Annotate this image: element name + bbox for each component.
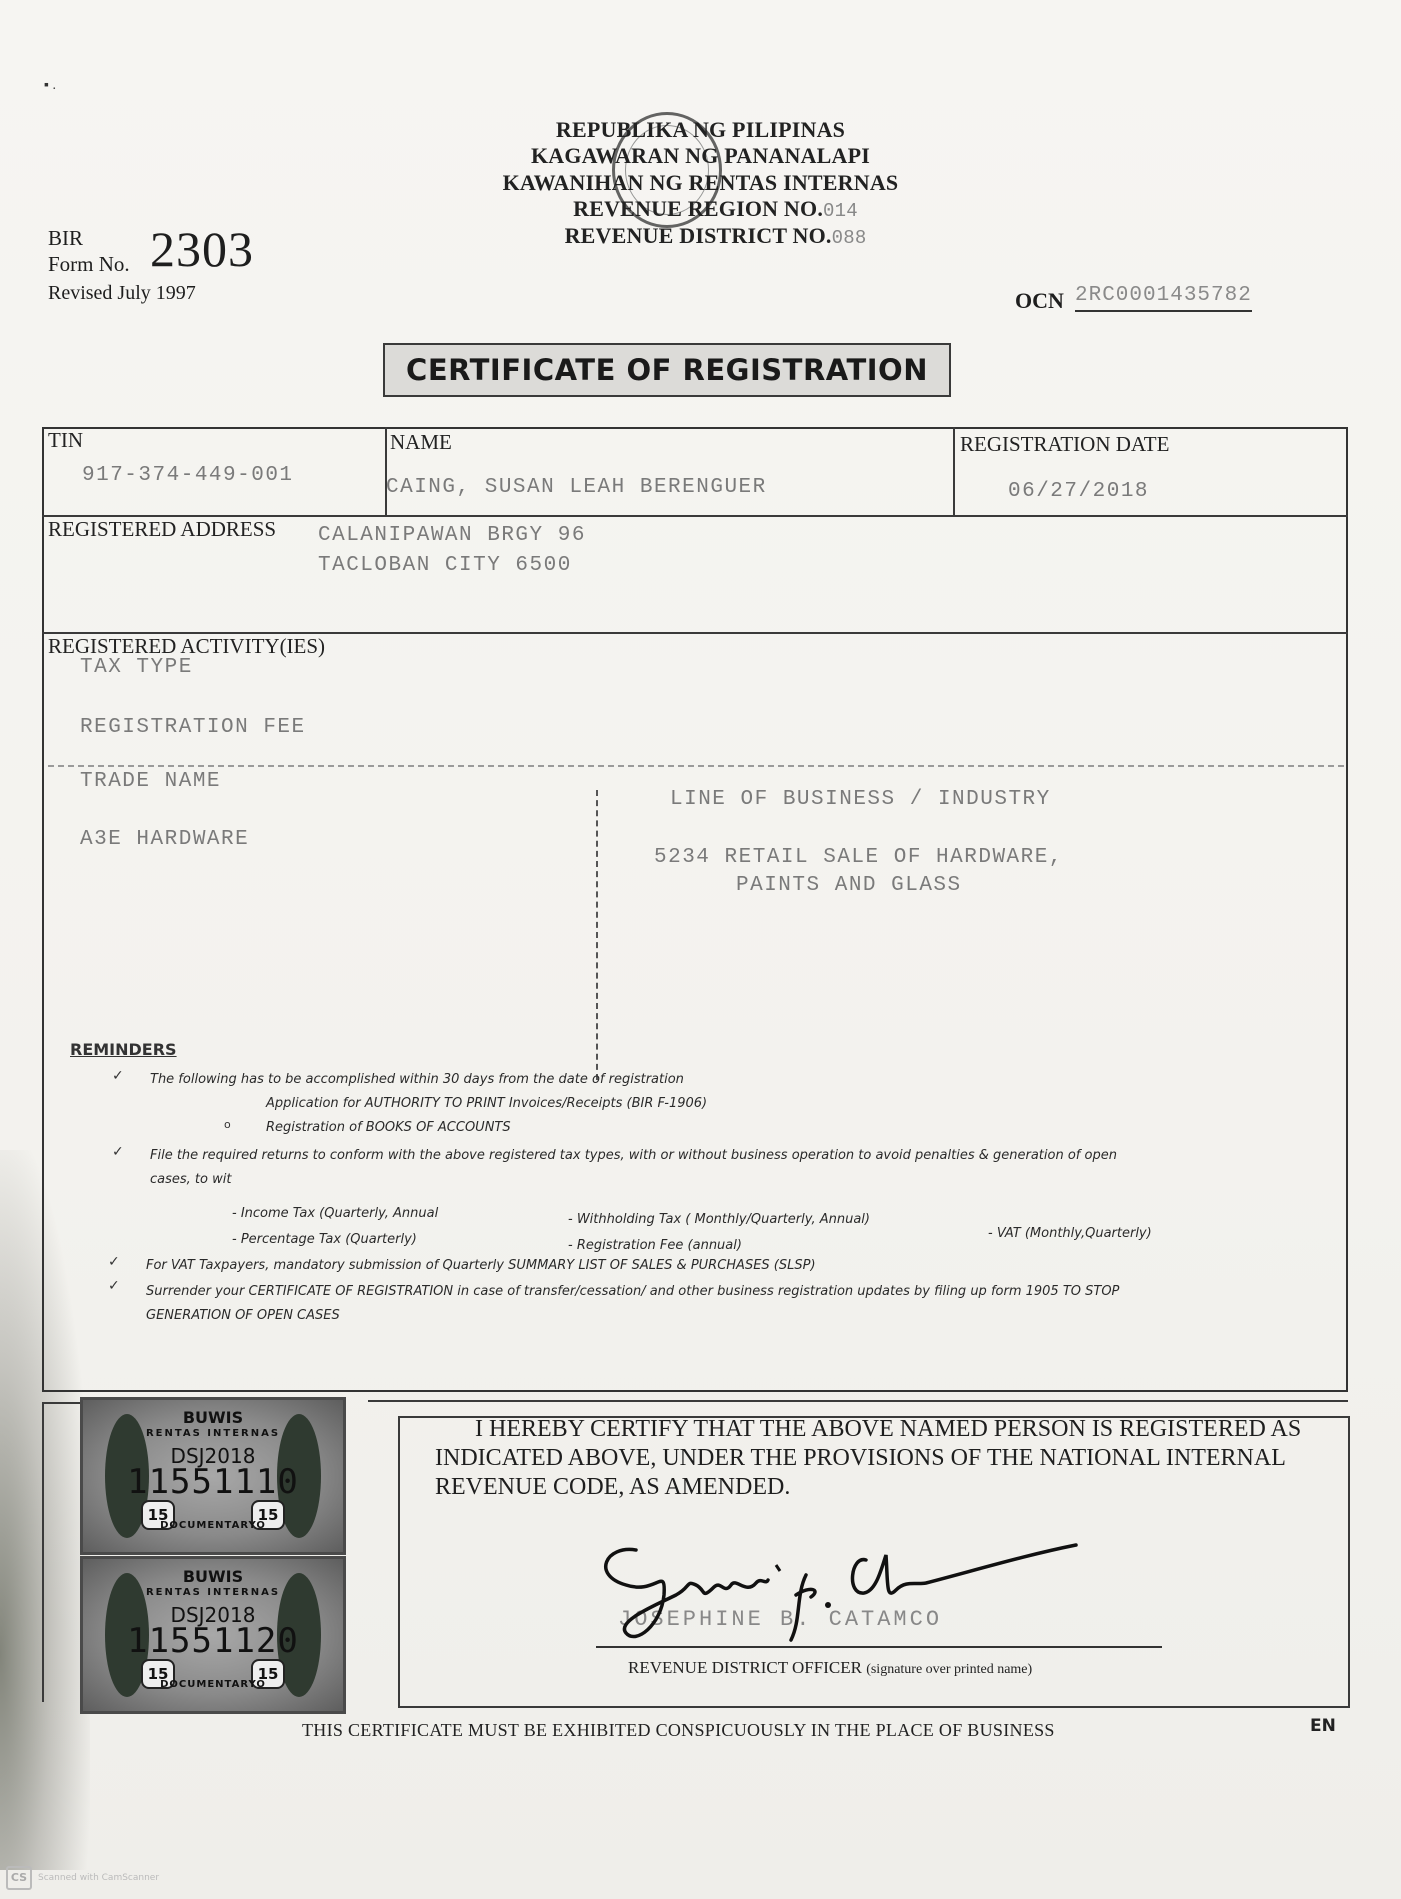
reminder-item-2-line1: File the required returns to conform wit… bbox=[150, 1148, 1117, 1163]
bullet-icon: o bbox=[224, 1118, 231, 1131]
certificate-title-box: CERTIFICATE OF REGISTRATION bbox=[383, 343, 951, 397]
tax-list-withholding: - Withholding Tax ( Monthly/Quarterly, A… bbox=[568, 1212, 870, 1227]
address-line2: TACLOBAN CITY 6500 bbox=[318, 554, 572, 577]
certificate-title: CERTIFICATE OF REGISTRATION bbox=[406, 353, 928, 387]
footer-notice: THIS CERTIFICATE MUST BE EXHIBITED CONSP… bbox=[302, 1720, 1055, 1741]
address-label: REGISTERED ADDRESS bbox=[48, 517, 276, 542]
reminder-item-1: The following has to be accomplished wit… bbox=[150, 1072, 684, 1087]
signature-line bbox=[596, 1646, 1162, 1648]
reminder-item-4-line2: GENERATION OF OPEN CASES bbox=[146, 1308, 340, 1323]
documentary-stamp: BUWIS RENTAS INTERNAS DSJ2018 11551120 1… bbox=[80, 1556, 346, 1714]
stamp-bottom-text: DOCUMENTARYO bbox=[83, 1679, 343, 1690]
trade-name-label: TRADE NAME bbox=[80, 770, 221, 793]
reminder-item-4-line1: Surrender your CERTIFICATE OF REGISTRATI… bbox=[146, 1284, 1119, 1299]
documentary-stamp: BUWIS RENTAS INTERNAS DSJ2018 11551110 1… bbox=[80, 1397, 346, 1555]
ocn-label: OCN bbox=[1015, 288, 1064, 314]
header-line-bureau: KAWANIHAN NG RENTAS INTERNAS bbox=[0, 170, 1401, 196]
address-line1: CALANIPAWAN BRGY 96 bbox=[318, 524, 586, 547]
cert-box-left bbox=[398, 1416, 400, 1706]
header-revenue-region: REVENUE REGION NO.014 bbox=[0, 196, 1401, 222]
reminder-item-1-sub-1: Application for AUTHORITY TO PRINT Invoi… bbox=[266, 1096, 707, 1111]
form-no-label: Form No. bbox=[48, 252, 130, 277]
line-of-business-label: LINE OF BUSINESS / INDUSTRY bbox=[670, 788, 1051, 811]
camscanner-logo-icon: CS bbox=[6, 1866, 32, 1890]
tin-label: TIN bbox=[48, 428, 83, 453]
form-number: 2303 bbox=[150, 220, 254, 278]
tax-list-income: - Income Tax (Quarterly, Annual bbox=[232, 1206, 438, 1221]
tax-list-registration-fee: - Registration Fee (annual) bbox=[568, 1238, 742, 1253]
officer-title: REVENUE DISTRICT OFFICER bbox=[628, 1658, 862, 1677]
stamp-top-text: BUWIS bbox=[83, 1408, 343, 1427]
revenue-district-label: REVENUE DISTRICT NO. bbox=[565, 223, 832, 248]
certification-statement: I HEREBY CERTIFY THAT THE ABOVE NAMED PE… bbox=[435, 1415, 1325, 1502]
check-icon: ✓ bbox=[112, 1144, 124, 1160]
tin-value: 917-374-449-001 bbox=[82, 464, 294, 487]
name-value: CAING, SUSAN LEAH BERENGUER bbox=[386, 476, 767, 499]
reminder-item-3: For VAT Taxpayers, mandatory submission … bbox=[146, 1258, 816, 1273]
trade-name-value: A3E HARDWARE bbox=[80, 828, 249, 851]
revenue-region-value: 014 bbox=[823, 200, 858, 222]
check-icon: ✓ bbox=[108, 1278, 120, 1294]
check-icon: ✓ bbox=[108, 1254, 120, 1270]
stamp-top-text: BUWIS bbox=[83, 1567, 343, 1586]
stamp-band-text: RENTAS INTERNAS bbox=[83, 1428, 343, 1439]
reminder-item-2-line2: cases, to wit bbox=[150, 1172, 231, 1187]
tax-list-vat: - VAT (Monthly,Quarterly) bbox=[988, 1226, 1152, 1241]
divider-tin-name bbox=[385, 427, 387, 515]
officer-caption: REVENUE DISTRICT OFFICER (signature over… bbox=[628, 1658, 1032, 1678]
line-of-business-line2: PAINTS AND GLASS bbox=[736, 874, 962, 897]
divider-trade-line bbox=[596, 790, 598, 1080]
divider-activities bbox=[48, 765, 1344, 767]
scan-speck: ▪ . bbox=[44, 78, 56, 94]
officer-caption-note: (signature over printed name) bbox=[866, 1662, 1032, 1677]
form-bir-label: BIR bbox=[48, 226, 83, 251]
cert-box-bottom bbox=[398, 1706, 1350, 1708]
form-revision: Revised July 1997 bbox=[48, 282, 196, 305]
stamp-bottom-text: DOCUMENTARYO bbox=[83, 1520, 343, 1531]
stamp-number: 11551110 bbox=[83, 1462, 343, 1502]
bottom-box-corner bbox=[42, 1402, 84, 1404]
registration-date-label: REGISTRATION DATE bbox=[960, 432, 1169, 457]
check-icon: ✓ bbox=[112, 1068, 124, 1084]
registration-date-value: 06/27/2018 bbox=[1008, 480, 1149, 503]
reminder-item-1-sub-2: Registration of BOOKS OF ACCOUNTS bbox=[266, 1120, 511, 1135]
revenue-region-label: REVENUE REGION NO. bbox=[573, 196, 823, 221]
stamp-band-text: RENTAS INTERNAS bbox=[83, 1587, 343, 1598]
cert-box-right bbox=[1348, 1416, 1350, 1706]
header-line-republic: REPUBLIKA NG PILIPINAS bbox=[0, 117, 1401, 143]
certification-line1: I HEREBY CERTIFY THAT THE ABOVE NAMED PE… bbox=[435, 1415, 1325, 1444]
footer-code: EN bbox=[1310, 1716, 1336, 1736]
revenue-district-value: 088 bbox=[832, 227, 867, 249]
divider-name-date bbox=[953, 427, 955, 515]
stamp-number: 11551120 bbox=[83, 1621, 343, 1661]
ocn-value: 2RC0001435782 bbox=[1075, 284, 1252, 312]
document-page: ▪ . REPUBLIKA NG PILIPINAS KAGAWARAN NG … bbox=[0, 0, 1401, 1899]
line-of-business-line1: 5234 RETAIL SALE OF HARDWARE, bbox=[654, 846, 1063, 869]
bottom-box-top bbox=[368, 1400, 1348, 1402]
header-line-department: KAGAWARAN NG PANANALAPI bbox=[0, 143, 1401, 169]
certification-line2: INDICATED ABOVE, UNDER THE PROVISIONS OF… bbox=[435, 1444, 1325, 1473]
tax-type-label: TAX TYPE bbox=[80, 656, 193, 679]
scanner-text: Scanned with CamScanner bbox=[38, 1873, 159, 1883]
signature-icon bbox=[596, 1525, 1096, 1655]
reminders-title: REMINDERS bbox=[70, 1040, 177, 1059]
certification-line3: REVENUE CODE, AS AMENDED. bbox=[435, 1473, 1325, 1502]
scanner-watermark: CS Scanned with CamScanner bbox=[6, 1866, 159, 1890]
tax-type-value: REGISTRATION FEE bbox=[80, 716, 306, 739]
tax-list-percentage: - Percentage Tax (Quarterly) bbox=[232, 1232, 417, 1247]
name-label: NAME bbox=[390, 430, 452, 455]
bottom-box-left bbox=[42, 1402, 44, 1702]
